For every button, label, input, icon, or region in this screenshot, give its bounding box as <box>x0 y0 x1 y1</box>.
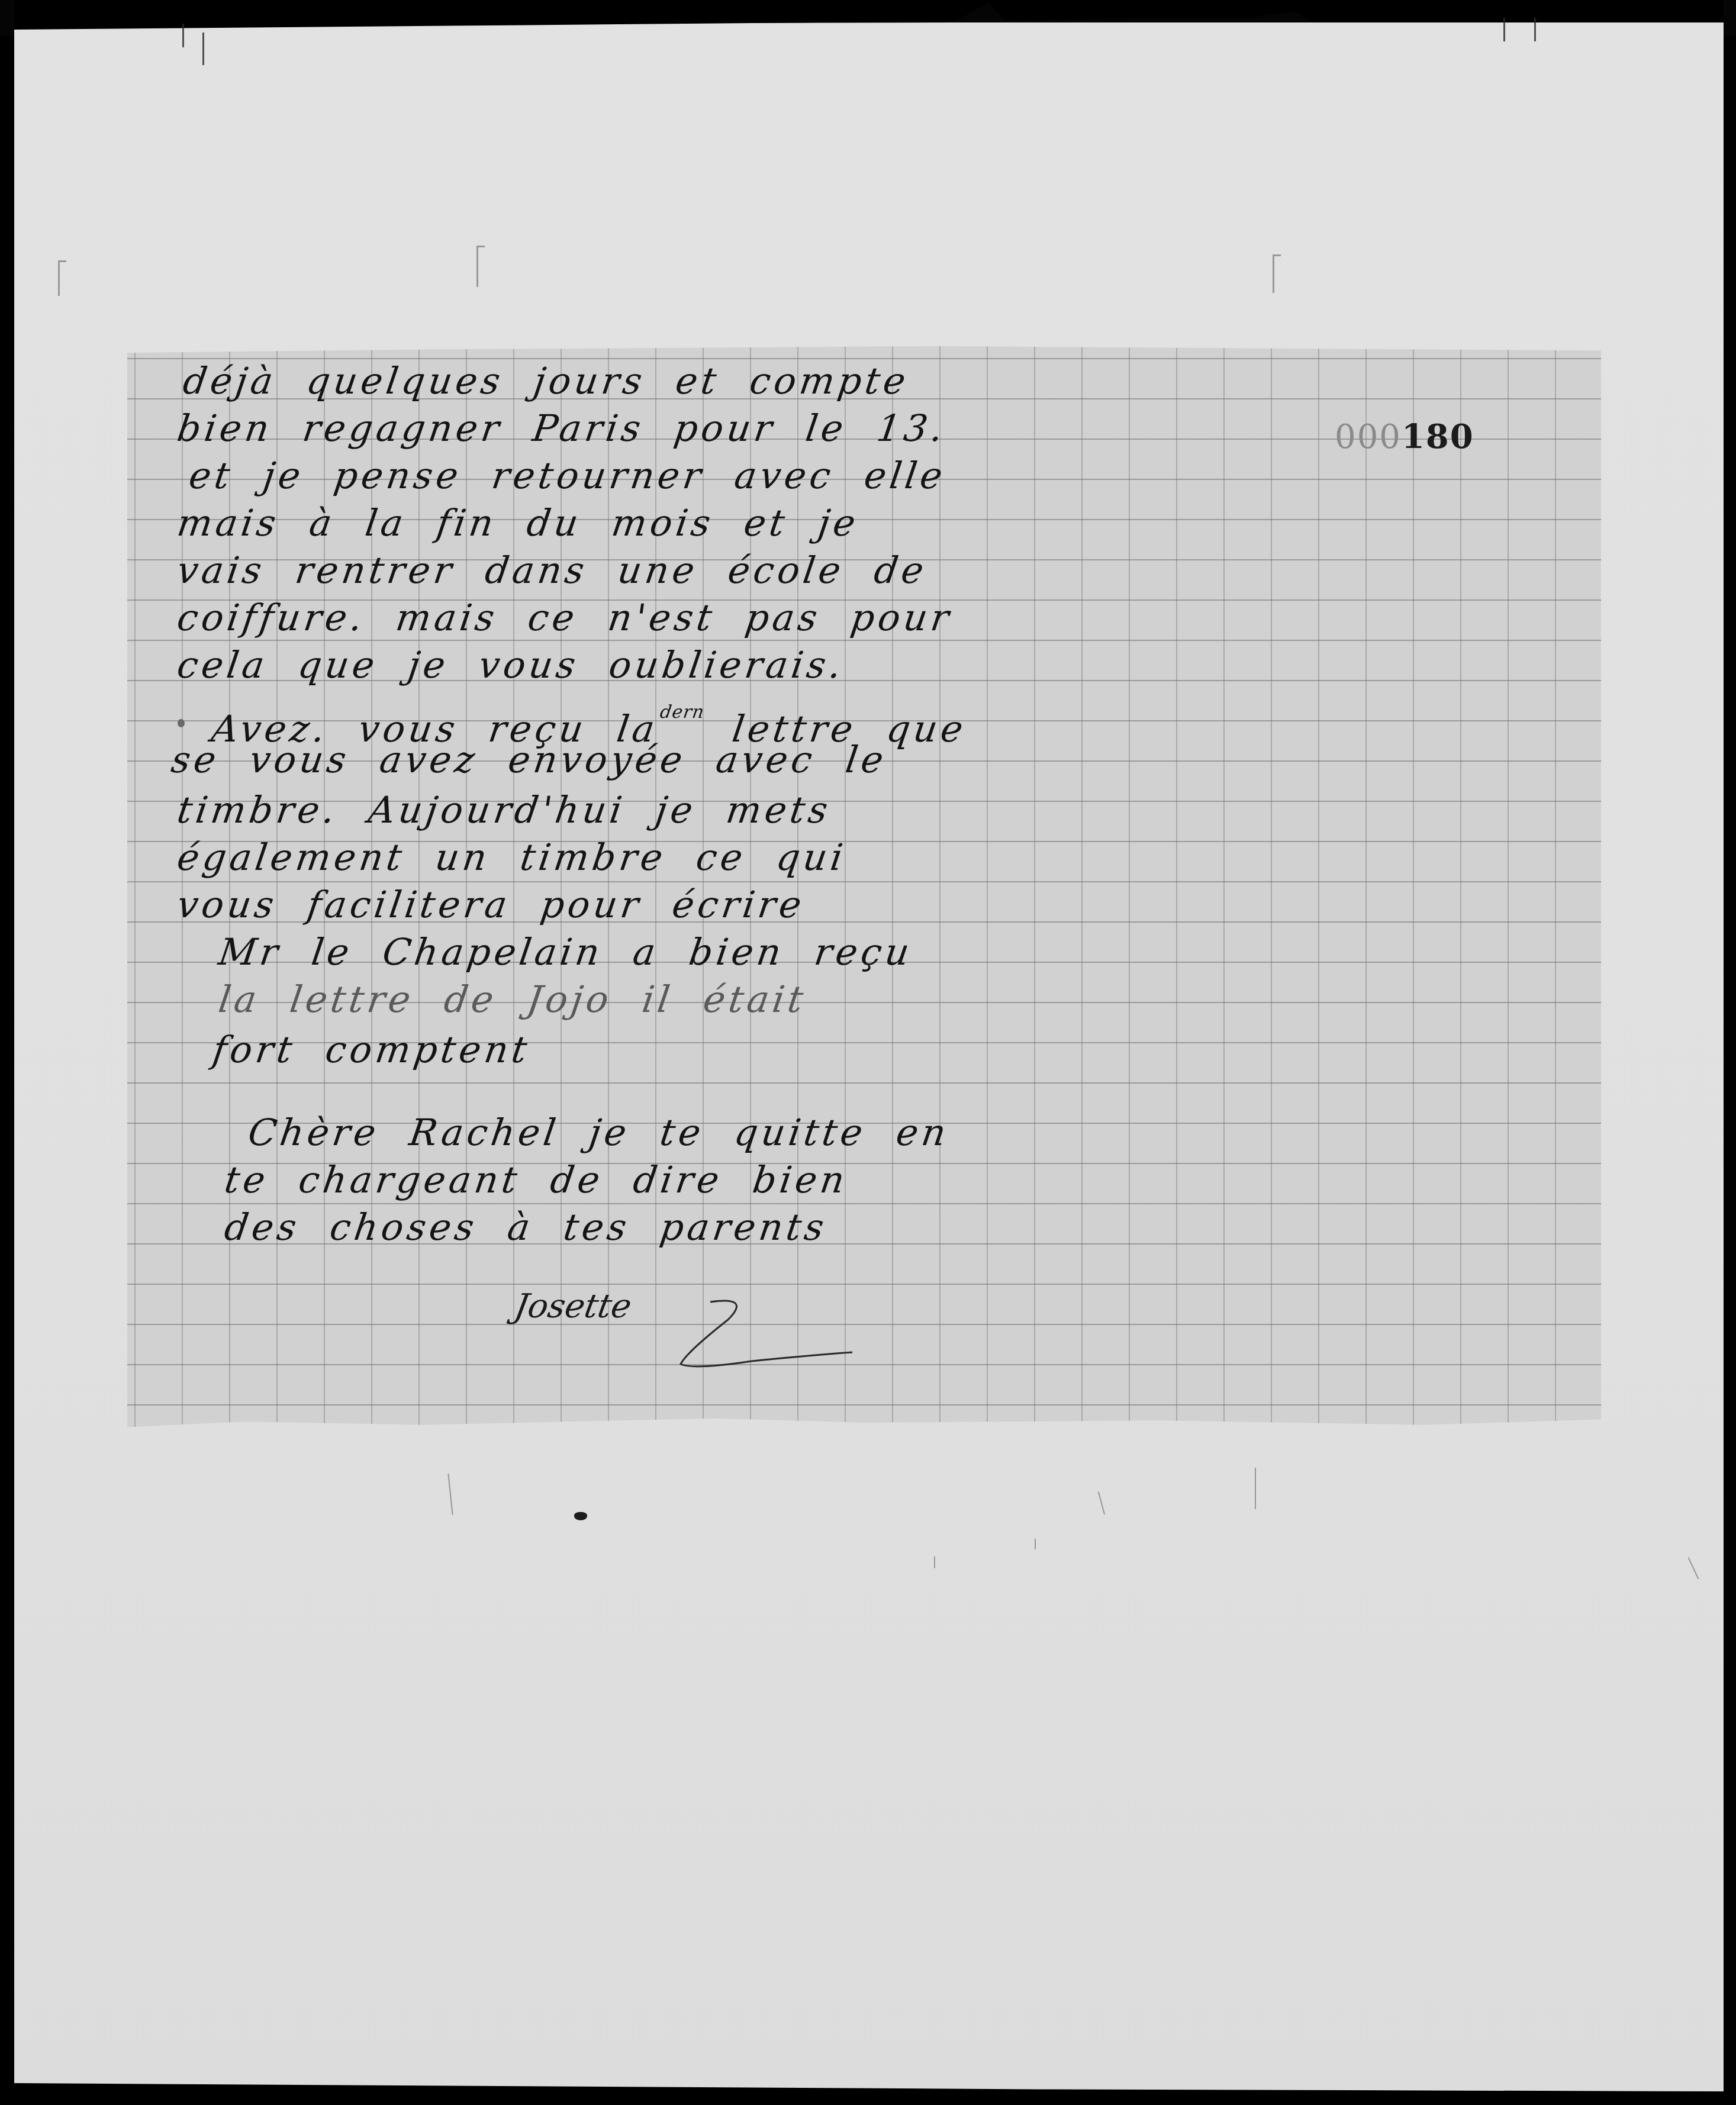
letter-line-5: vais rentrer dans une école de <box>175 550 929 591</box>
archive-stamp-number: 000180 <box>1335 417 1474 456</box>
letter-line-2: bien regagner Paris pour le 13. <box>175 408 949 449</box>
letter-line-15: fort comptent <box>210 1030 533 1070</box>
letter-line-6: coiffure. mais ce n'est pas pour <box>175 598 955 638</box>
signature: Josette <box>511 1287 635 1326</box>
film-hair <box>1255 1468 1256 1509</box>
letter-line-4: mais à la fin du mois et je <box>175 503 861 543</box>
film-hair <box>934 1556 935 1568</box>
signature-flourish-icon <box>633 1296 858 1373</box>
letter-line-10: timbre. Aujourd'hui je mets <box>175 790 833 830</box>
letter-line-12: vous facilitera pour écrire <box>175 885 807 925</box>
closing-line-3: des choses à tes parents <box>222 1207 830 1247</box>
letter-line-3: et je pense retourner avec elle <box>186 456 948 496</box>
registration-mark <box>58 260 60 296</box>
stamp-suffix: 180 <box>1402 417 1474 456</box>
film-scratch <box>202 33 204 65</box>
ink-dot <box>178 719 185 727</box>
registration-mark <box>476 246 478 287</box>
letter-line-14: la lettre de Jojo il était <box>216 979 809 1020</box>
letter-line-1: déjà quelques jours et compte <box>181 361 912 401</box>
film-scratch <box>1503 18 1505 41</box>
dust-speck <box>574 1512 587 1520</box>
letter-line-9: se vous avez envoyée avec le <box>169 740 889 780</box>
letter-line-11: également un timbre ce qui <box>175 837 849 878</box>
film-scratch <box>1534 18 1536 41</box>
registration-mark <box>1273 254 1274 293</box>
letter-line-7: cela que je vous oublierais. <box>175 645 847 685</box>
letter-line-13: Mr le Chapelain a bien reçu <box>216 932 915 972</box>
closing-line-1: Chère Rachel je te quitte en <box>246 1113 952 1153</box>
film-scratch <box>182 24 184 47</box>
film-hair <box>1035 1539 1036 1549</box>
closing-line-2: te chargeant de dire bien <box>222 1160 851 1200</box>
stamp-prefix: 000 <box>1335 418 1402 456</box>
superscript-dern: dern <box>659 702 706 723</box>
